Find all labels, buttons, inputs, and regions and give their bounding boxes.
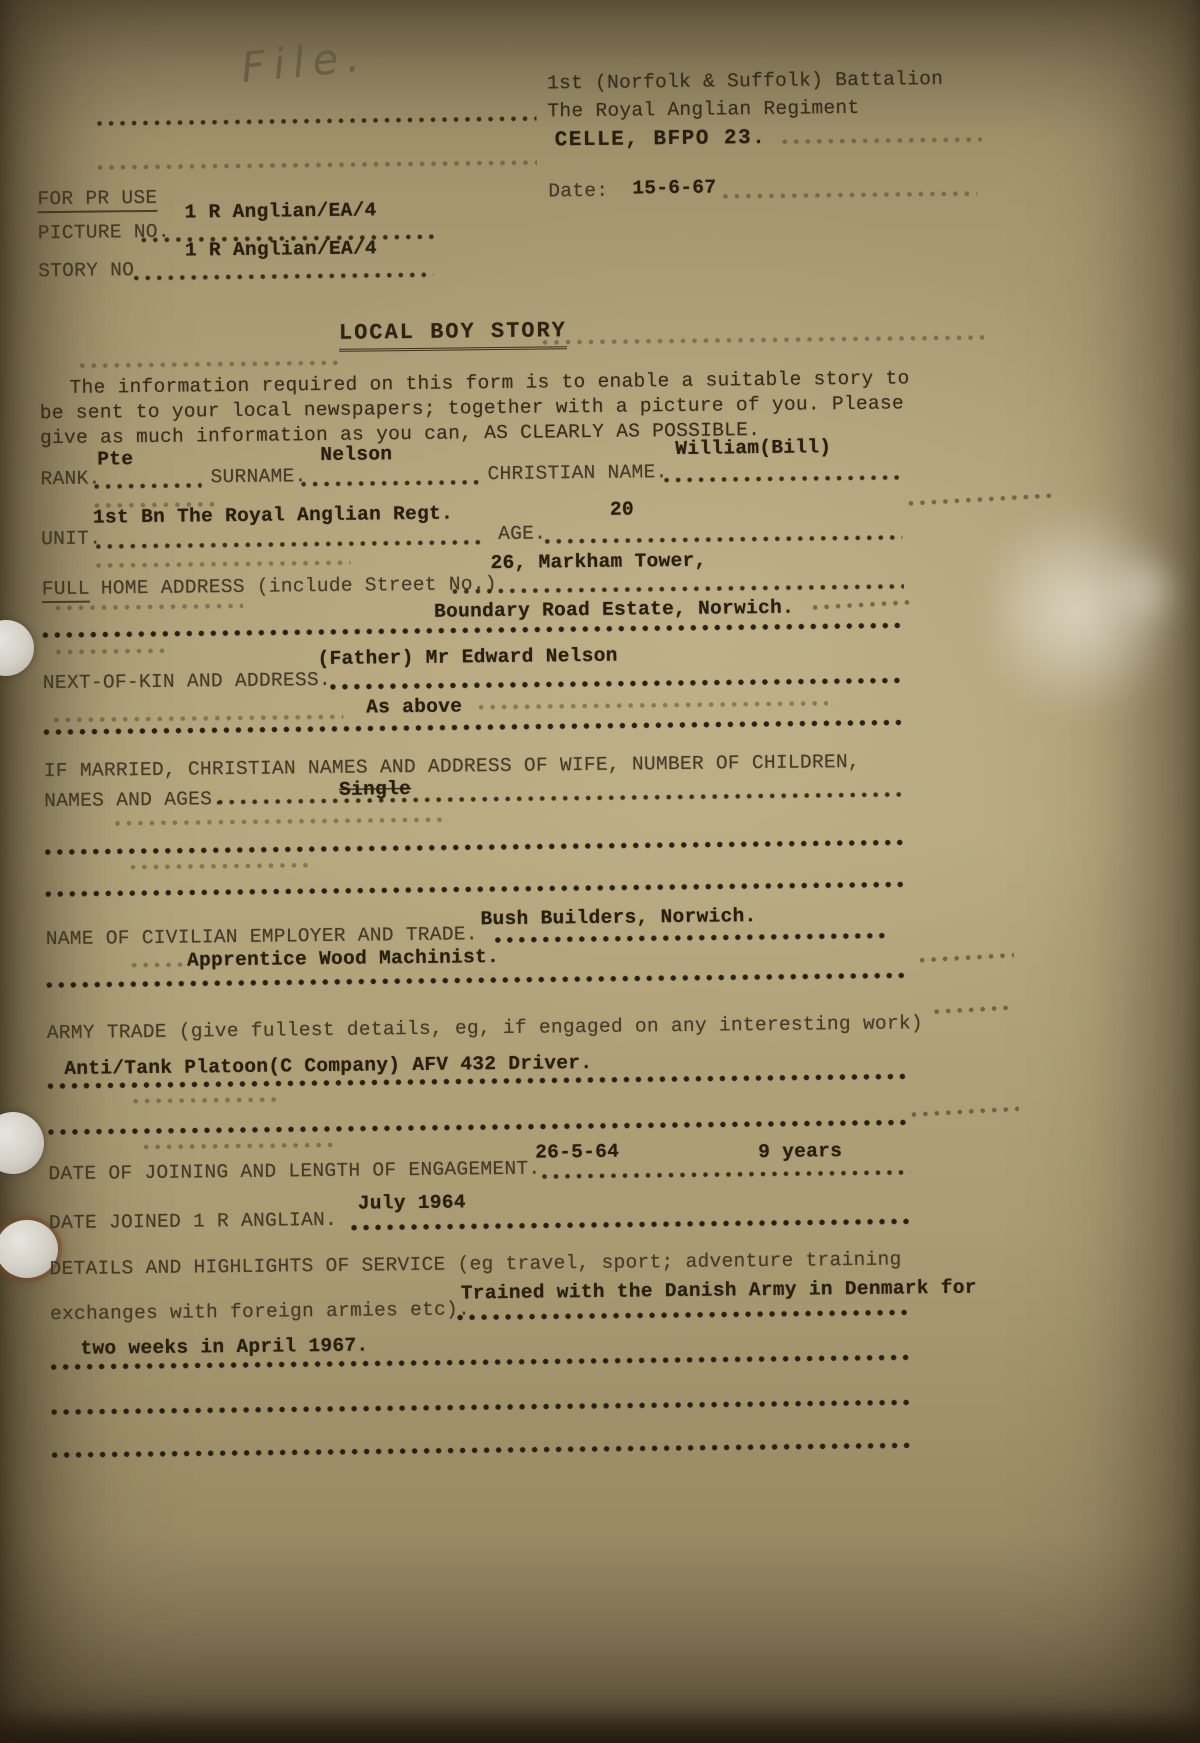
details-label-1: DETAILS AND HIGHLIGHTS OF SERVICE (eg tr…	[49, 1248, 901, 1280]
dotted-line	[782, 135, 982, 145]
employer-value: Bush Builders, Norwich.	[480, 905, 756, 930]
dotted-line	[133, 271, 433, 282]
dotted-line	[95, 538, 483, 550]
dotted-line	[52, 1441, 914, 1459]
dotted-line	[42, 621, 904, 639]
unit-label: UNIT.	[41, 528, 101, 551]
unit-value: 1st Bn The Royal Anglian Regt.	[93, 503, 453, 529]
details-value-1: Trained with the Danish Army in Denmark …	[461, 1277, 977, 1305]
form-title: LOCAL BOY STORY	[339, 318, 567, 352]
home-address-value-2: Boundary Road Estate, Norwich.	[434, 597, 794, 623]
photographed-form: File. 1st (Norfolk & Suffolk) Battalion …	[0, 0, 1200, 1743]
surname-value: Nelson	[320, 443, 392, 466]
dotted-line	[495, 932, 887, 944]
details-label-2: exchanges with foreign armies etc).	[50, 1298, 470, 1325]
dotted-line	[55, 647, 170, 656]
dotted-line	[748, 1168, 910, 1178]
dotted-line	[457, 1308, 909, 1321]
date-label: Date:	[548, 180, 608, 203]
home-address-label: HOME ADDRESS (include Street No.)	[101, 573, 497, 599]
dotted-line	[51, 1398, 911, 1416]
dotted-line	[55, 602, 243, 612]
dotted-line	[94, 481, 202, 490]
dotted-line	[133, 1096, 278, 1106]
dotted-line	[933, 1003, 1013, 1015]
dotted-line	[97, 159, 537, 172]
dotted-line	[53, 713, 343, 724]
dotted-line	[664, 473, 904, 484]
dotted-line	[722, 190, 977, 201]
intro-line-3: give as much information as you can, AS …	[40, 419, 760, 449]
dotted-line	[96, 115, 536, 128]
dotted-line	[217, 790, 905, 806]
story-no-value: 1 R Anglian/EA/4	[185, 237, 377, 261]
army-trade-label: ARMY TRADE (give fullest details, eg, if…	[47, 1012, 923, 1044]
married-label-1: IF MARRIED, CHRISTIAN NAMES AND ADDRESS …	[44, 751, 860, 782]
date-joined-label: DATE JOINED 1 R ANGLIAN.	[49, 1209, 337, 1234]
dotted-line	[114, 816, 444, 828]
dotted-line	[330, 676, 905, 691]
dotted-line	[46, 971, 910, 989]
home-address-label-underlined: FULL	[42, 578, 90, 604]
dotted-line	[79, 359, 344, 370]
rank-value: Pte	[97, 448, 133, 470]
home-address-value-1: 26, Markham Tower,	[490, 550, 706, 574]
dotted-line	[130, 861, 315, 871]
details-value-2: two weeks in April 1967.	[80, 1335, 368, 1360]
next-of-kin-value-2: As above	[366, 695, 462, 718]
employer-trade-value: Apprentice Wood Machinist.	[187, 946, 499, 972]
joining-date-value: 26-5-64	[535, 1141, 619, 1164]
dotted-line	[351, 1217, 911, 1231]
dotted-line	[812, 598, 912, 611]
married-label-2: NAMES AND AGES.	[44, 788, 224, 812]
dotted-line	[478, 699, 828, 711]
next-of-kin-label: NEXT-OF-KIN AND ADDRESS.	[43, 669, 331, 694]
dotted-line	[544, 533, 902, 545]
age-value: 20	[610, 498, 634, 520]
dotted-line	[96, 559, 351, 570]
handwritten-note: File.	[239, 31, 370, 92]
header-battalion: 1st (Norfolk & Suffolk) Battalion	[547, 68, 943, 94]
date-joined-value: July 1964	[358, 1191, 466, 1214]
christian-name-label: CHRISTIAN NAME.	[487, 461, 667, 485]
dotted-line	[45, 838, 905, 856]
joining-length-value: 9 years	[758, 1140, 842, 1163]
christian-name-value: William(Bill)	[675, 436, 831, 460]
next-of-kin-value: (Father) Mr Edward Nelson	[317, 645, 617, 670]
army-trade-value: Anti/Tank Platoon(C Company) AFV 432 Dri…	[64, 1052, 592, 1080]
story-no-label: STORY NO	[38, 259, 134, 282]
picture-no-value: 1 R Anglian/EA/4	[184, 199, 376, 223]
dotted-line	[45, 880, 909, 898]
age-label: AGE.	[498, 522, 546, 545]
date-value: 15-6-67	[632, 177, 716, 200]
for-pr-use-heading: FOR PR USE	[37, 187, 157, 213]
rank-label: RANK.	[40, 468, 100, 491]
dotted-line	[541, 1170, 746, 1180]
dotted-line	[301, 478, 479, 488]
header-location: CELLE, BFPO 23.	[555, 127, 767, 152]
joining-label: DATE OF JOINING AND LENGTH OF ENGAGEMENT…	[48, 1158, 540, 1186]
dotted-line	[908, 492, 1053, 508]
surname-label: SURNAME.	[210, 465, 306, 488]
dotted-line	[143, 1141, 333, 1151]
dotted-line	[911, 1105, 1019, 1119]
dotted-line	[542, 333, 987, 346]
dotted-line	[919, 951, 1014, 964]
dotted-line	[131, 961, 186, 970]
dotted-line	[452, 582, 904, 595]
dotted-line	[48, 1118, 908, 1136]
header-regiment: The Royal Anglian Regiment	[547, 97, 859, 123]
